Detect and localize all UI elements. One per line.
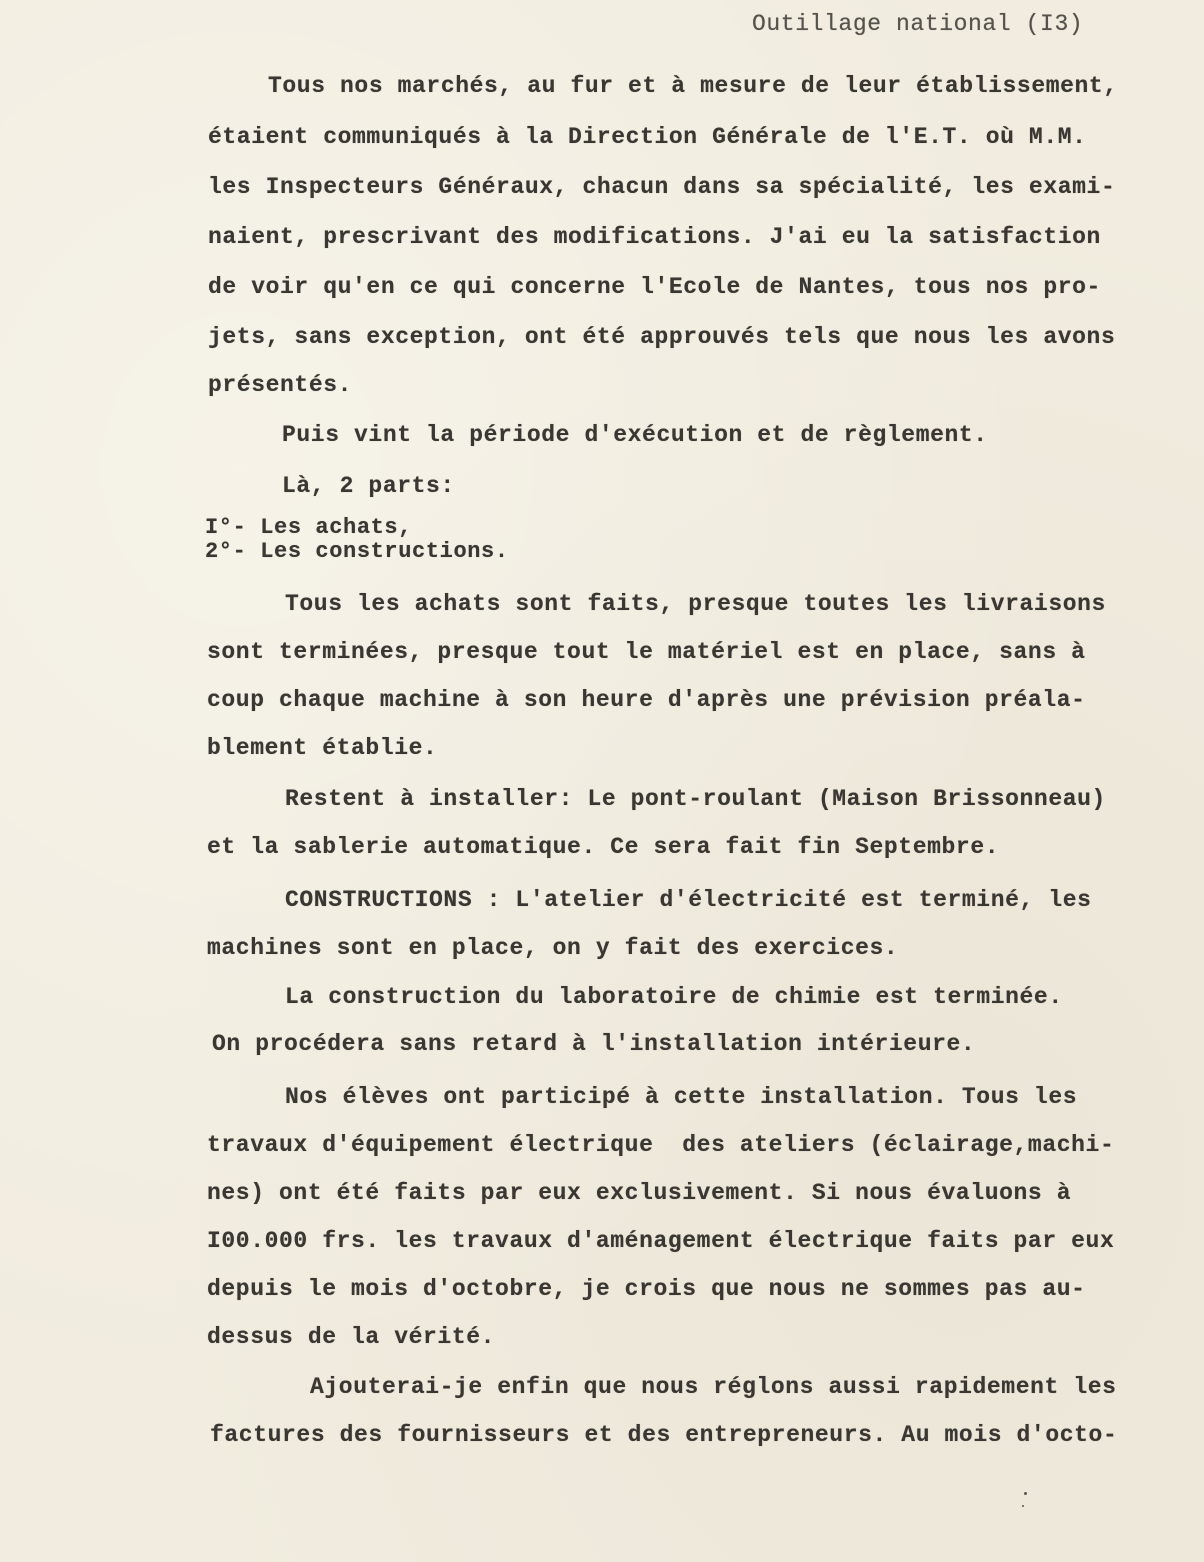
running-header: Outillage national (I3) xyxy=(752,10,1083,38)
list-item-1: I°- Les achats, xyxy=(205,516,412,540)
paragraph-4-line-4: blement établie. xyxy=(207,734,437,762)
paragraph-2: Puis vint la période d'exécution et de r… xyxy=(282,421,988,449)
paragraph-1-line-6: jets, sans exception, ont été approuvés … xyxy=(208,323,1115,351)
list-item-2: 2°- Les constructions. xyxy=(205,540,509,564)
paragraph-7-line-1: La construction du laboratoire de chimie… xyxy=(285,983,1063,1011)
paragraph-8-line-5: depuis le mois d'octobre, je crois que n… xyxy=(207,1275,1086,1303)
paragraph-4-line-2: sont terminées, presque tout le matériel… xyxy=(207,638,1086,666)
paragraph-6-line-2: machines sont en place, on y fait des ex… xyxy=(207,934,898,962)
paragraph-9-line-2: factures des fournisseurs et des entrepr… xyxy=(210,1421,1117,1449)
paragraph-8-line-4: I00.000 frs. les travaux d'aménagement é… xyxy=(207,1227,1114,1255)
paragraph-8-line-6: dessus de la vérité. xyxy=(207,1323,495,1351)
paragraph-1-line-7: présentés. xyxy=(208,371,352,399)
paragraph-8-line-2: travaux d'équipement électrique des atel… xyxy=(207,1131,1114,1159)
paragraph-4-line-1: Tous les achats sont faits, presque tout… xyxy=(285,590,1106,618)
paragraph-5-line-1: Restent à installer: Le pont-roulant (Ma… xyxy=(285,785,1106,813)
paragraph-1-line-1: Tous nos marchés, au fur et à mesure de … xyxy=(268,72,1118,100)
paragraph-1-line-2: étaient communiqués à la Direction Génér… xyxy=(208,123,1087,151)
paragraph-6-line-1: CONSTRUCTIONS : L'atelier d'électricité … xyxy=(285,886,1092,914)
paragraph-3: Là, 2 parts: xyxy=(282,472,455,500)
paragraph-4-line-3: coup chaque machine à son heure d'après … xyxy=(207,686,1086,714)
ink-speck xyxy=(1024,1492,1027,1495)
ink-speck xyxy=(1022,1505,1024,1507)
typewritten-page: Outillage national (I3) Tous nos marchés… xyxy=(0,0,1204,1562)
paragraph-1-line-4: naient, prescrivant des modifications. J… xyxy=(208,223,1101,251)
paragraph-8-line-3: nes) ont été faits par eux exclusivement… xyxy=(207,1179,1071,1207)
paragraph-1-line-3: les Inspecteurs Généraux, chacun dans sa… xyxy=(208,173,1115,201)
paragraph-1-line-5: de voir qu'en ce qui concerne l'Ecole de… xyxy=(208,273,1101,301)
paragraph-8-line-1: Nos élèves ont participé à cette install… xyxy=(285,1083,1077,1111)
paragraph-7-line-2: On procédera sans retard à l'installatio… xyxy=(212,1030,975,1058)
paragraph-5-line-2: et la sablerie automatique. Ce sera fait… xyxy=(207,833,999,861)
paragraph-9-line-1: Ajouterai-je enfin que nous réglons auss… xyxy=(310,1373,1117,1401)
